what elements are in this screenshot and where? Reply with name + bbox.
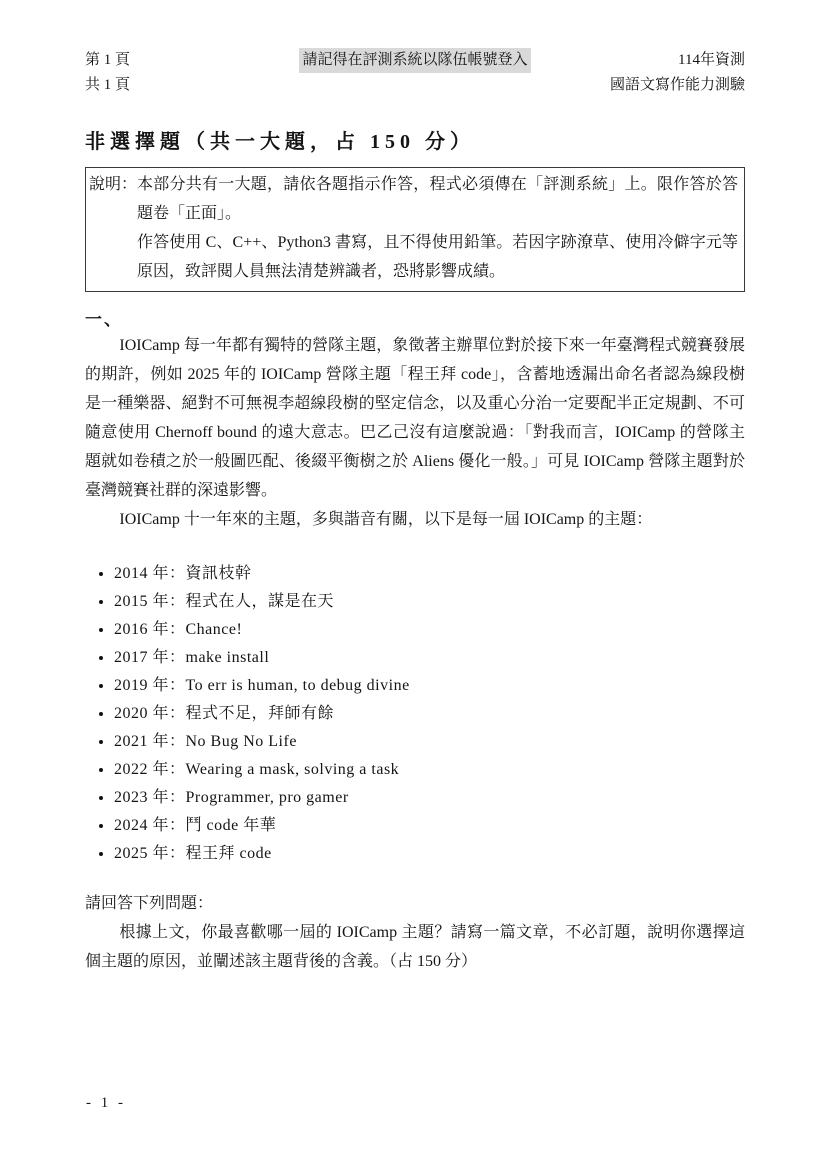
theme-item: 2023 年：Programmer, pro gamer — [114, 787, 745, 808]
exam-page: 第 1 頁 共 1 頁 請記得在評測系統以隊伍帳號登入 114年資測 國語文寫作… — [0, 0, 827, 1169]
theme-item: 2017 年：make install — [114, 647, 745, 668]
instruction-paragraph: 本部分共有一大題，請依各題指示作答，程式必須傳在「評測系統」上。限作答於答題卷「… — [137, 170, 738, 228]
instruction-paragraph: 作答使用 C、C++、Python3 書寫，且不得使用鉛筆。若因字跡潦草、使用冷… — [137, 228, 738, 286]
page-total-label: 共 1 頁 — [85, 73, 299, 98]
instruction-label: 說明： — [89, 170, 137, 199]
section-title: 非選擇題（共一大題，占 150 分） — [85, 125, 745, 154]
header-notice-block: 請記得在評測系統以隊伍帳號登入 — [299, 48, 530, 73]
theme-item: 2016 年：Chance! — [114, 619, 745, 640]
question-intro: 請回答下列問題： — [85, 889, 745, 918]
body-paragraph: IOICamp 每一年都有獨特的營隊主題，象徵著主辦單位對於接下來一年臺灣程式競… — [85, 331, 745, 505]
exam-info-block: 114年資測 國語文寫作能力測驗 — [531, 48, 746, 98]
theme-item: 2015 年：程式在人，謀是在天 — [114, 591, 745, 612]
theme-item: 2025 年：程王拜 code — [114, 843, 745, 864]
theme-item: 2021 年：No Bug No Life — [114, 731, 745, 752]
page-header: 第 1 頁 共 1 頁 請記得在評測系統以隊伍帳號登入 114年資測 國語文寫作… — [85, 48, 745, 98]
question-text: 根據上文，你最喜歡哪一屆的 IOICamp 主題？請寫一篇文章，不必訂題，說明你… — [85, 918, 745, 976]
body-paragraph: IOICamp 十一年來的主題，多與諧音有關，以下是每一屆 IOICamp 的主… — [85, 505, 745, 534]
footer-page-number: - 1 - — [86, 1095, 126, 1112]
theme-item: 2019 年：To err is human, to debug divine — [114, 675, 745, 696]
theme-item: 2022 年：Wearing a mask, solving a task — [114, 759, 745, 780]
question-number: 一、 — [85, 305, 745, 330]
login-notice: 請記得在評測系統以隊伍帳號登入 — [299, 48, 530, 73]
theme-item: 2020 年：程式不足，拜師有餘 — [114, 703, 745, 724]
theme-item: 2014 年：資訊枝幹 — [114, 563, 745, 584]
exam-year-label: 114年資測 — [531, 48, 746, 73]
themes-list: 2014 年：資訊枝幹 2015 年：程式在人，謀是在天 2016 年：Chan… — [85, 563, 745, 864]
page-number-block: 第 1 頁 共 1 頁 — [85, 48, 299, 98]
theme-item: 2024 年：鬥 code 年華 — [114, 815, 745, 836]
instruction-content: 本部分共有一大題，請依各題指示作答，程式必須傳在「評測系統」上。限作答於答題卷「… — [137, 170, 738, 286]
instruction-box: 說明： 本部分共有一大題，請依各題指示作答，程式必須傳在「評測系統」上。限作答於… — [85, 167, 745, 292]
page-current-label: 第 1 頁 — [85, 48, 299, 73]
exam-name-label: 國語文寫作能力測驗 — [531, 73, 746, 98]
